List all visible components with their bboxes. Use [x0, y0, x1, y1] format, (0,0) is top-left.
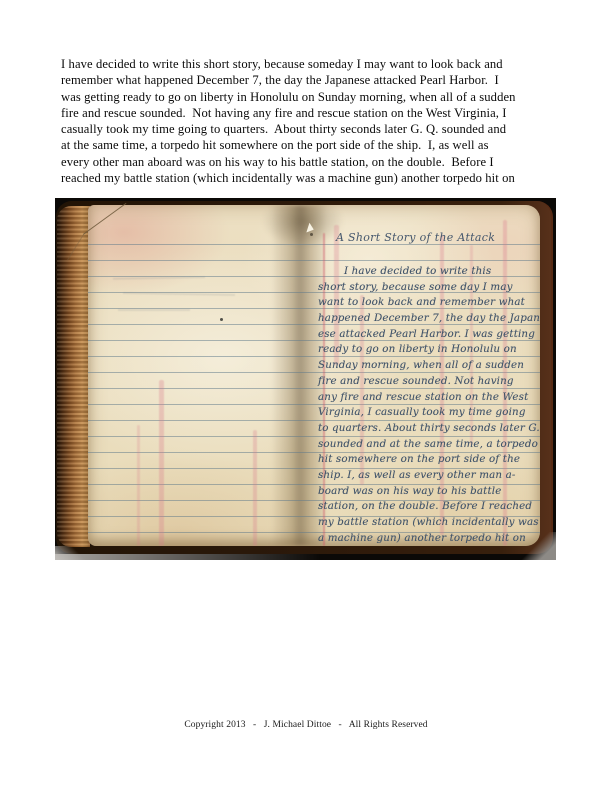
handwriting-line: happened December 7, the day the Japan- — [318, 311, 540, 327]
scan-shadow-corner-left — [55, 546, 85, 560]
handwriting-line: any fire and rescue station on the West — [318, 390, 540, 406]
notebook-photo: A Short Story of the Attack I have decid… — [55, 198, 556, 560]
notebook-pages: A Short Story of the Attack I have decid… — [88, 205, 540, 546]
paragraph-line: at the same time, a torpedo hit somewher… — [61, 137, 516, 153]
handwritten-text: I have decided to write thisshort story,… — [318, 264, 540, 546]
notebook-page-edges — [57, 206, 90, 547]
paragraph-line: I have decided to write this short story… — [61, 56, 516, 72]
paragraph-line: reached my battle station (which inciden… — [61, 170, 516, 186]
handwriting-line: fire and rescue sounded. Not having — [318, 374, 540, 390]
handwriting-line: a machine gun) another torpedo hit on — [318, 531, 540, 546]
pink-streak — [137, 425, 140, 546]
scan-shadow-corner-right — [520, 532, 556, 560]
handwriting-line: to quarters. About thirty seconds later … — [318, 421, 540, 437]
handwriting-line: station, on the double. Before I reached — [318, 499, 540, 515]
paragraph-line: remember what happened December 7, the d… — [61, 72, 516, 88]
handwriting-line: ese attacked Pearl Harbor. I was getting — [318, 327, 540, 343]
handwriting-line: Virginia, I casually took my time going — [318, 405, 540, 421]
copyright-footer: Copyright 2013 - J. Michael Dittoe - All… — [0, 720, 612, 730]
paper-tear-shadow — [310, 233, 313, 236]
paragraph-line: fire and rescue sounded. Not having any … — [61, 105, 516, 121]
handwritten-title: A Short Story of the Attack — [336, 231, 495, 244]
story-paragraph: I have decided to write this short story… — [61, 56, 516, 186]
handwriting-line: I have decided to write this — [318, 264, 540, 280]
handwriting-line: ready to go on liberty in Honolulu on — [318, 342, 540, 358]
pink-streak — [159, 380, 164, 546]
ink-dot — [220, 318, 223, 321]
ink-bleed-mark — [118, 309, 190, 311]
handwriting-line: short story, because some day I may — [318, 280, 540, 296]
pink-streak — [253, 430, 257, 546]
handwriting-line: Sunday morning, when all of a sudden — [318, 358, 540, 374]
handwriting-line: my battle station (which incidentally wa… — [318, 515, 540, 531]
paragraph-line: casually took my time going to quarters.… — [61, 121, 516, 137]
handwriting-line: hit somewhere on the port side of the — [318, 452, 540, 468]
handwriting-line: want to look back and remember what — [318, 295, 540, 311]
scan-shadow-bottom — [55, 554, 320, 560]
paragraph-line: was getting ready to go on liberty in Ho… — [61, 89, 516, 105]
handwriting-line: ship. I, as well as every other man a- — [318, 468, 540, 484]
paragraph-line: every other man aboard was on his way to… — [61, 154, 516, 170]
handwriting-line: sounded and at the same time, a torpedo — [318, 437, 540, 453]
handwriting-line: board was on his way to his battle — [318, 484, 540, 500]
